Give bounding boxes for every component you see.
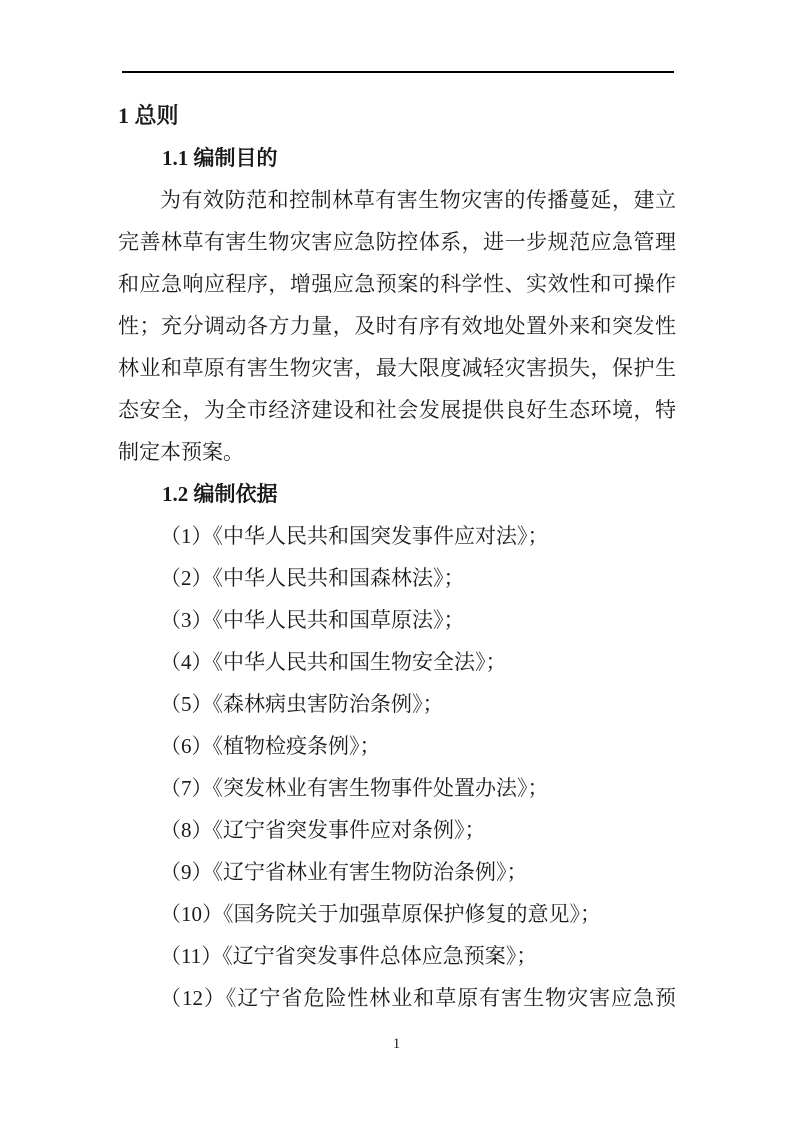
reference-item-12: （12）《辽宁省危险性林业和草原有害生物灾害应急预 bbox=[118, 977, 676, 1019]
page-number: 1 bbox=[0, 1033, 793, 1055]
reference-item-1: （1）《中华人民共和国突发事件应对法》； bbox=[118, 515, 676, 557]
section-title-1-1: 1.1 编制目的 bbox=[118, 137, 676, 179]
reference-item-10: （10）《国务院关于加强草原保护修复的意见》； bbox=[118, 893, 676, 935]
section-title-1-2: 1.2 编制依据 bbox=[118, 473, 676, 515]
reference-item-2: （2）《中华人民共和国森林法》； bbox=[118, 557, 676, 599]
reference-item-9: （9）《辽宁省林业有害生物防治条例》； bbox=[118, 851, 676, 893]
reference-item-3: （3）《中华人民共和国草原法》； bbox=[118, 599, 676, 641]
reference-item-4: （4）《中华人民共和国生物安全法》； bbox=[118, 641, 676, 683]
reference-item-5: （5）《森林病虫害防治条例》； bbox=[118, 683, 676, 725]
header-rule bbox=[122, 71, 674, 73]
reference-item-11: （11）《辽宁省突发事件总体应急预案》； bbox=[118, 935, 676, 977]
reference-item-7: （7）《突发林业有害生物事件处置办法》； bbox=[118, 767, 676, 809]
chapter-title: 1 总则 bbox=[118, 95, 676, 137]
purpose-paragraph: 为有效防范和控制林草有害生物灾害的传播蔓延，建立完善林草有害生物灾害应急防控体系… bbox=[118, 179, 676, 473]
document-page: 1 总则 1.1 编制目的 为有效防范和控制林草有害生物灾害的传播蔓延，建立完善… bbox=[0, 0, 793, 1122]
reference-item-8: （8）《辽宁省突发事件应对条例》； bbox=[118, 809, 676, 851]
reference-item-6: （6）《植物检疫条例》； bbox=[118, 725, 676, 767]
page-content: 1 总则 1.1 编制目的 为有效防范和控制林草有害生物灾害的传播蔓延，建立完善… bbox=[118, 95, 676, 1019]
